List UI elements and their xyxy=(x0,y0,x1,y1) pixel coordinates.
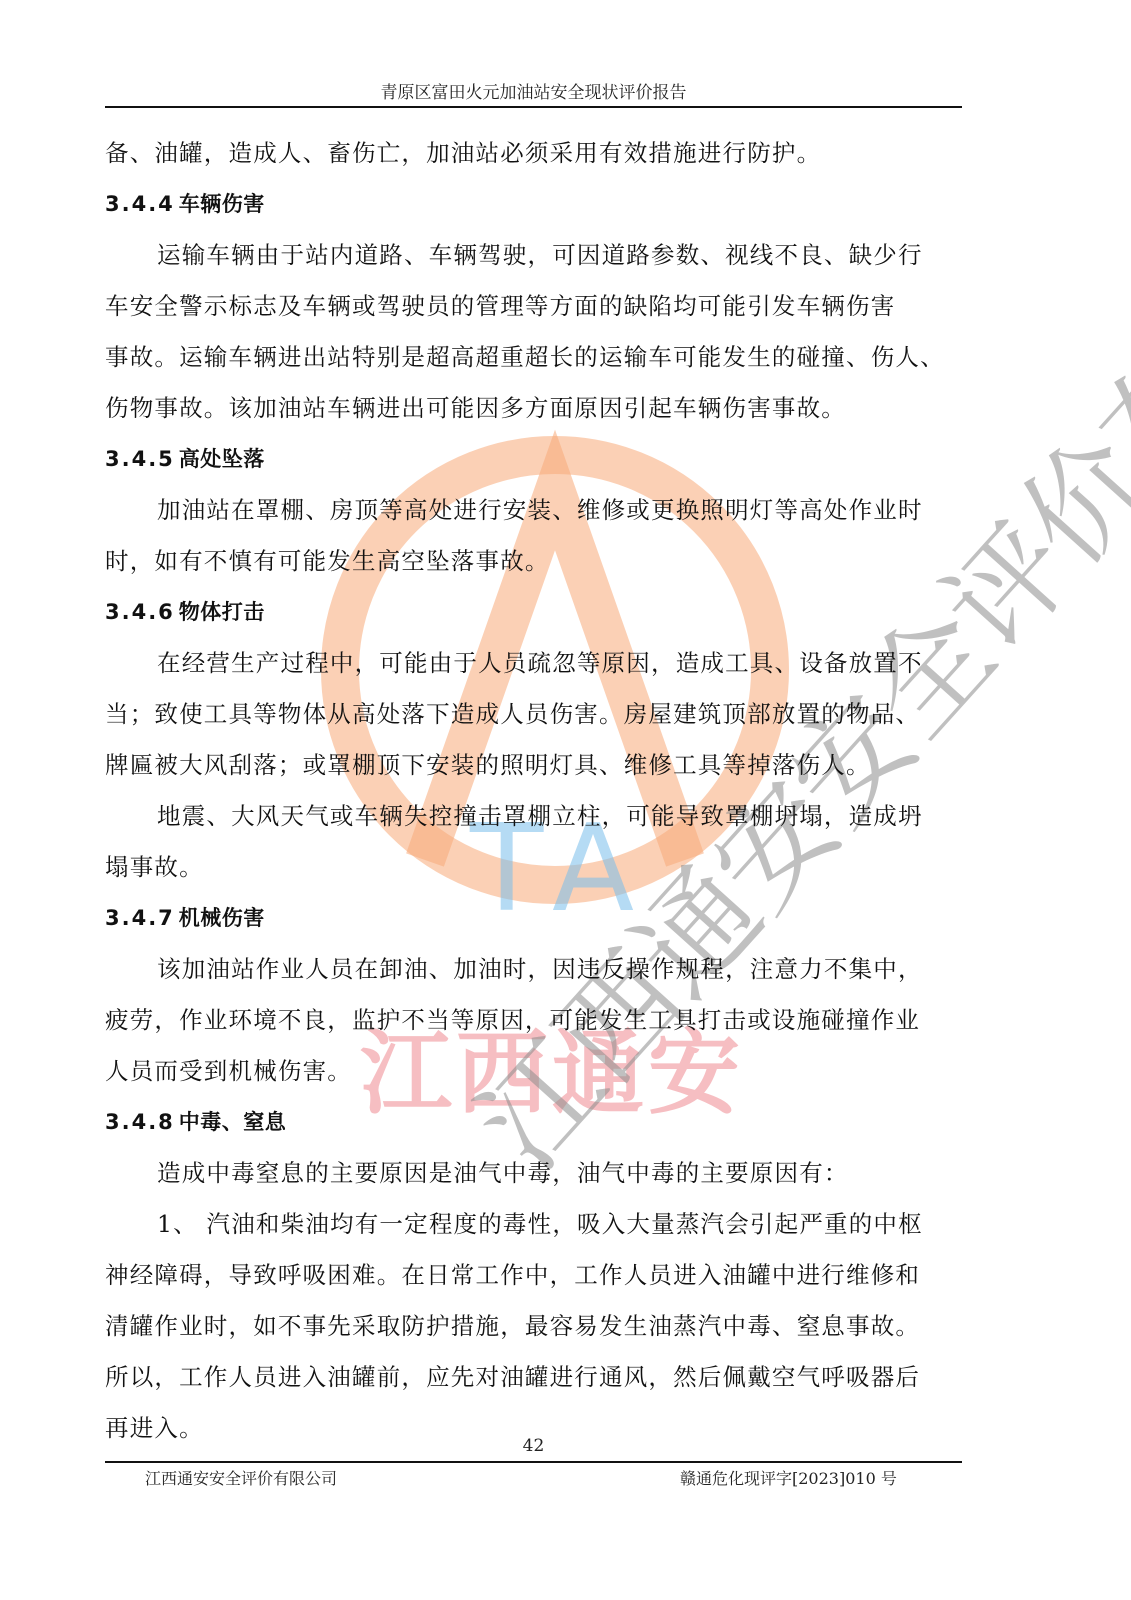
section-title: 车辆伤害 xyxy=(179,192,265,216)
section-heading-3-4-8: 3.4.8中毒、窒息 xyxy=(105,1097,965,1148)
paragraph-line: 在经营生产过程中，可能由于人员疏忽等原因，造成工具、设备放置不 xyxy=(105,638,965,689)
paragraph-line: 运输车辆由于站内道路、车辆驾驶，可因道路参数、视线不良、缺少行 xyxy=(105,230,965,281)
section-heading-3-4-4: 3.4.4车辆伤害 xyxy=(105,179,965,230)
page-number: 42 xyxy=(105,1436,962,1456)
paragraph-line: 造成中毒窒息的主要原因是油气中毒，油气中毒的主要原因有： xyxy=(105,1148,965,1199)
section-heading-3-4-5: 3.4.5高处坠落 xyxy=(105,434,965,485)
section-heading-3-4-7: 3.4.7机械伤害 xyxy=(105,893,965,944)
paragraph-line: 时，如有不慎有可能发生高空坠落事故。 xyxy=(105,536,965,587)
paragraph-line: 所以，工作人员进入油罐前，应先对油罐进行通风，然后佩戴空气呼吸器后 xyxy=(105,1352,965,1403)
running-header-title: 青原区富田火元加油站安全现状评价报告 xyxy=(105,78,962,103)
paragraph-line: 当；致使工具等物体从高处落下造成人员伤害。房屋建筑顶部放置的物品、 xyxy=(105,689,965,740)
list-item-line: 1、 汽油和柴油均有一定程度的毒性，吸入大量蒸汽会引起严重的中枢 xyxy=(105,1199,965,1250)
paragraph-line: 疲劳，作业环境不良，监护不当等原因，可能发生工具打击或设施碰撞作业 xyxy=(105,995,965,1046)
paragraph-line: 塌事故。 xyxy=(105,842,965,893)
section-title: 高处坠落 xyxy=(179,447,265,471)
footer-report-code: 赣通危化现评字[2023]010 号 xyxy=(680,1466,897,1489)
paragraph-line: 加油站在罩棚、房顶等高处进行安装、维修或更换照明灯等高处作业时 xyxy=(105,485,965,536)
paragraph-line: 伤物事故。该加油站车辆进出可能因多方面原因引起车辆伤害事故。 xyxy=(105,383,965,434)
section-title: 机械伤害 xyxy=(179,906,265,930)
section-heading-3-4-6: 3.4.6物体打击 xyxy=(105,587,965,638)
paragraph-line: 地震、大风天气或车辆失控撞击罩棚立柱，可能导致罩棚坍塌，造成坍 xyxy=(105,791,965,842)
document-page: TA 江西通安 江西通安安全评价有限公司 青原区富田火元加油站安全现状评价报告 … xyxy=(0,0,1131,1600)
document-body: 备、油罐，造成人、畜伤亡，加油站必须采用有效措施进行防护。 3.4.4车辆伤害 … xyxy=(105,128,965,1454)
header-divider xyxy=(105,106,962,108)
paragraph-line: 车安全警示标志及车辆或驾驶员的管理等方面的缺陷均可能引发车辆伤害 xyxy=(105,281,965,332)
paragraph-line: 清罐作业时，如不事先采取防护措施，最容易发生油蒸汽中毒、窒息事故。 xyxy=(105,1301,965,1352)
section-number: 3.4.4 xyxy=(105,192,175,216)
footer-divider xyxy=(105,1461,962,1463)
footer-company: 江西通安安全评价有限公司 xyxy=(145,1466,337,1489)
paragraph-line: 神经障碍，导致呼吸困难。在日常工作中，工作人员进入油罐中进行维修和 xyxy=(105,1250,965,1301)
section-title: 中毒、窒息 xyxy=(179,1110,287,1134)
section-number: 3.4.5 xyxy=(105,447,175,471)
paragraph-line: 事故。运输车辆进出站特别是超高超重超长的运输车可能发生的碰撞、伤人、 xyxy=(105,332,965,383)
paragraph-line: 人员而受到机械伤害。 xyxy=(105,1046,965,1097)
paragraph-line: 牌匾被大风刮落；或罩棚顶下安装的照明灯具、维修工具等掉落伤人。 xyxy=(105,740,965,791)
section-number: 3.4.6 xyxy=(105,600,175,624)
section-number: 3.4.8 xyxy=(105,1110,175,1134)
paragraph-line: 备、油罐，造成人、畜伤亡，加油站必须采用有效措施进行防护。 xyxy=(105,128,965,179)
section-number: 3.4.7 xyxy=(105,906,175,930)
paragraph-line: 该加油站作业人员在卸油、加油时，因违反操作规程，注意力不集中， xyxy=(105,944,965,995)
section-title: 物体打击 xyxy=(179,600,265,624)
